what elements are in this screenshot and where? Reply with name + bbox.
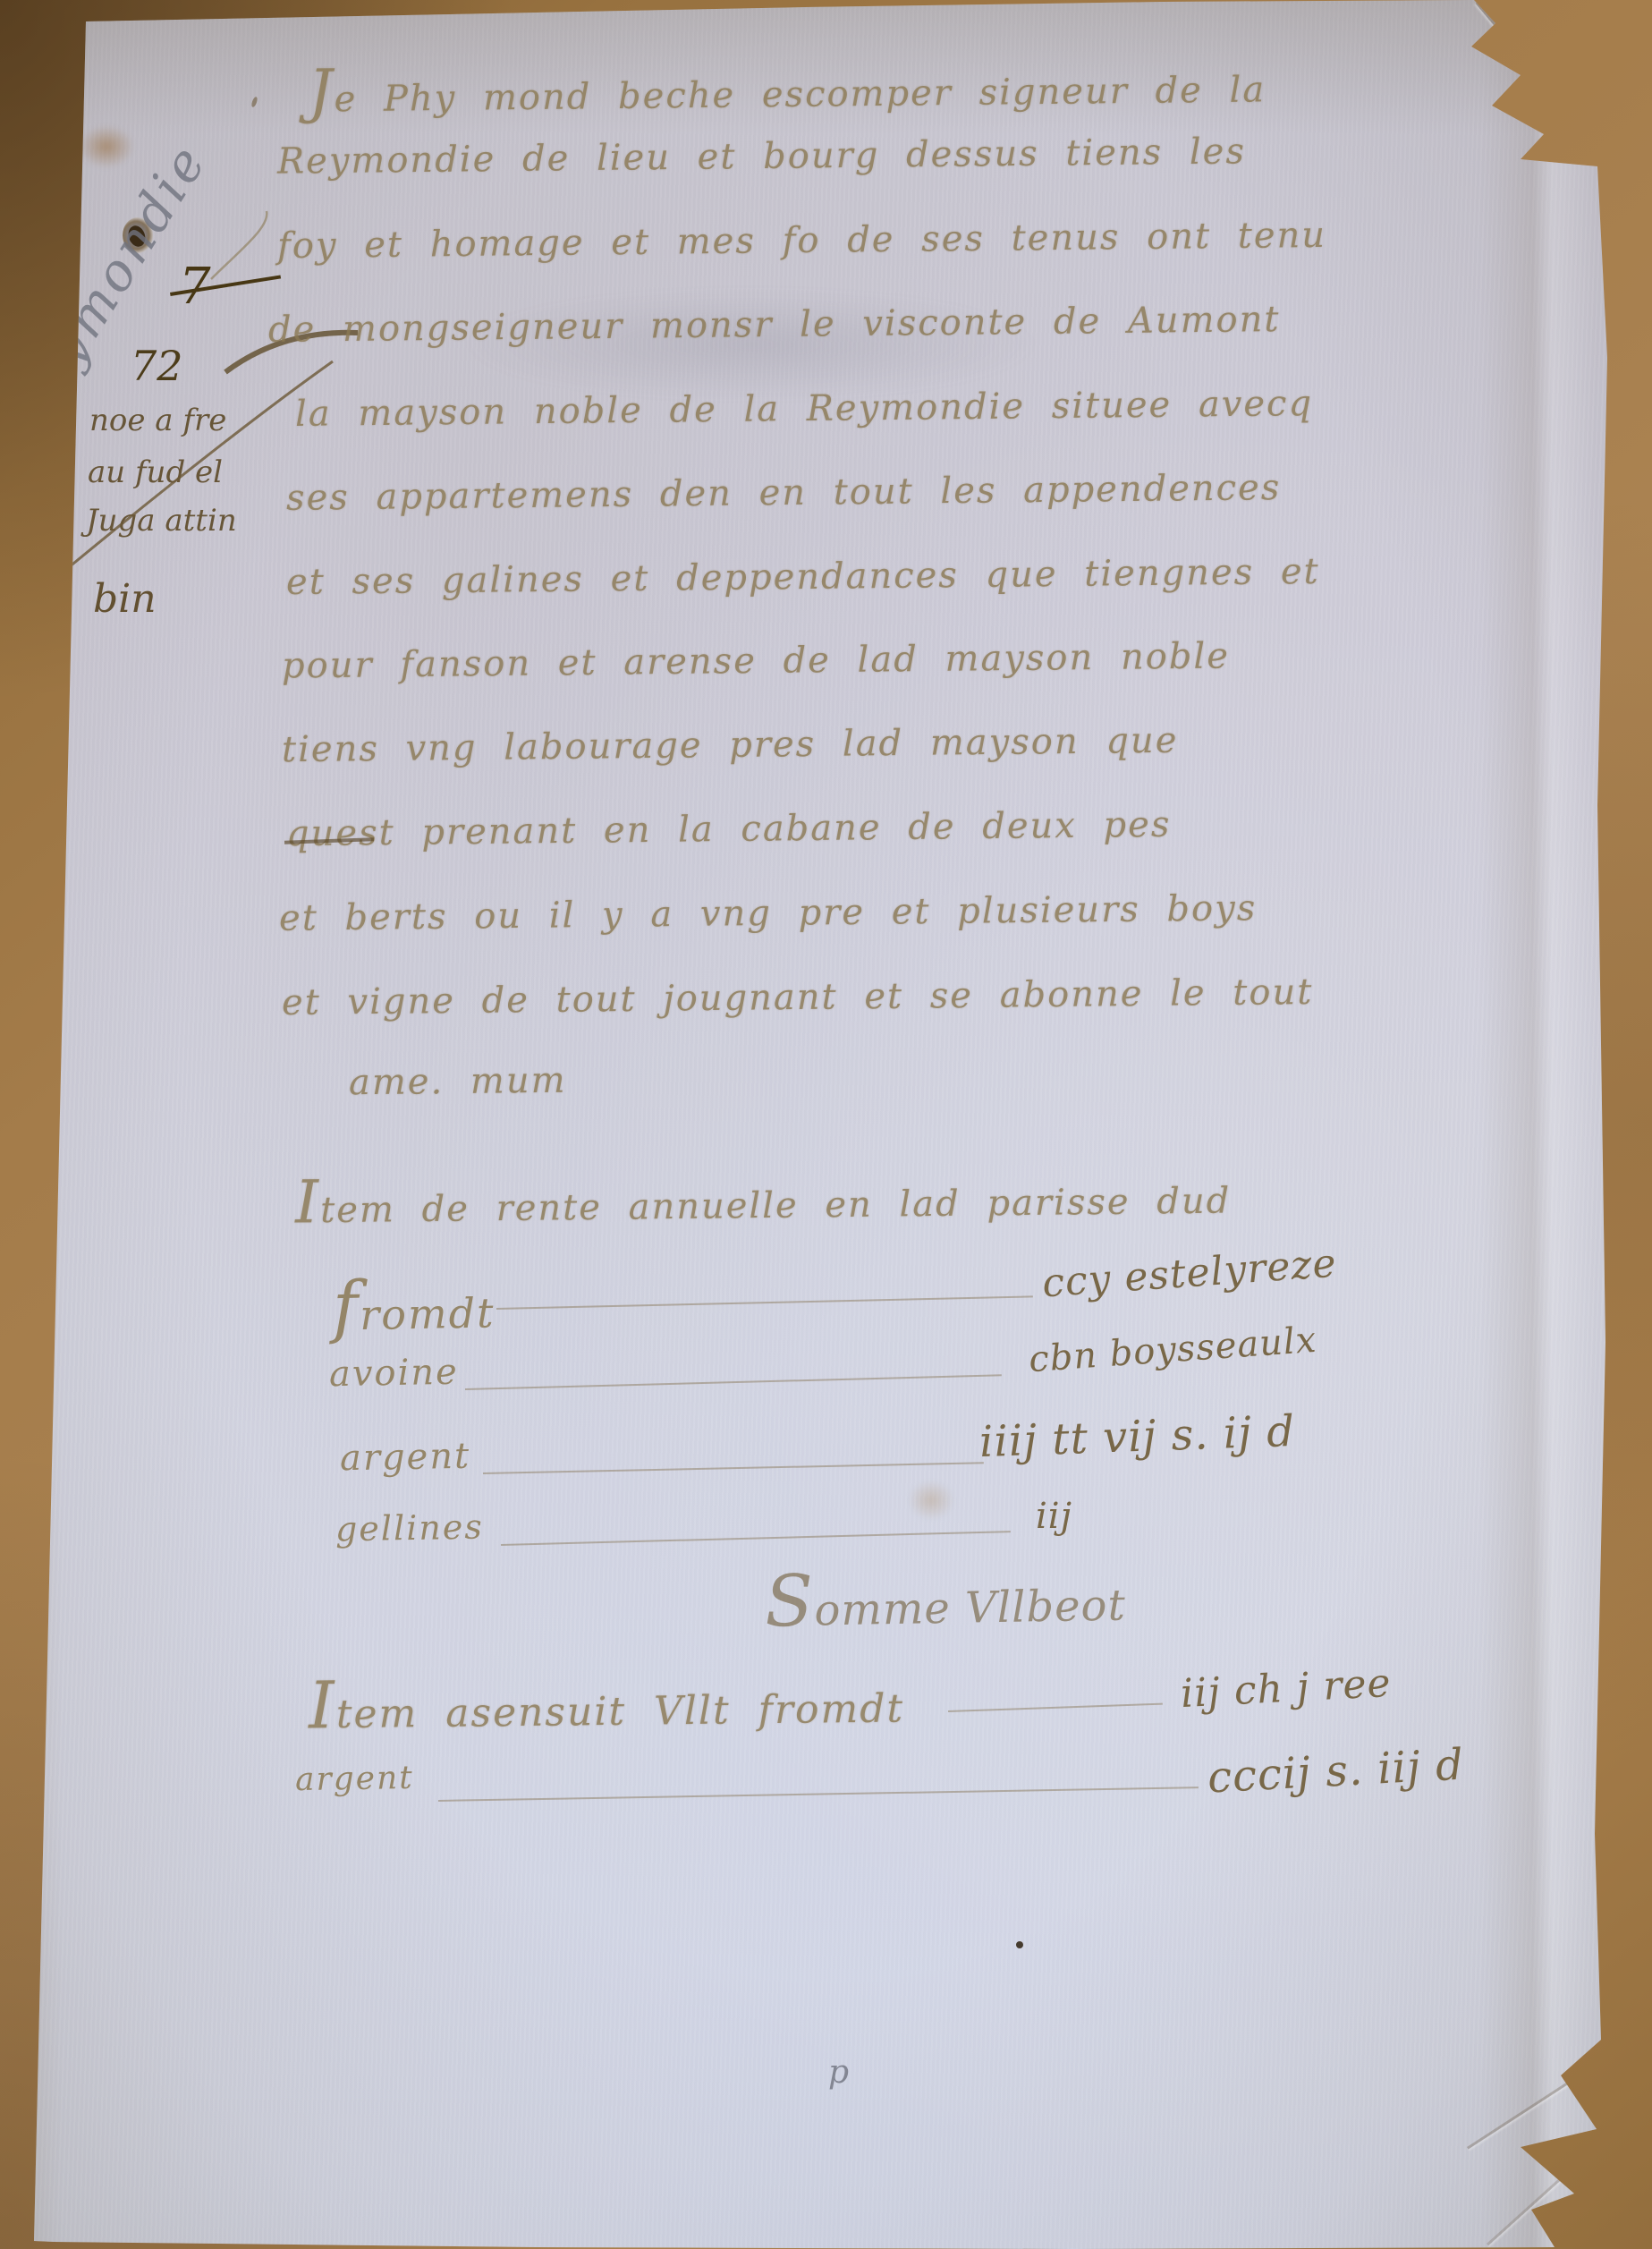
margin-note-1: noe a fre (89, 403, 226, 438)
manuscript-line: foy et homage et mes fo de ses tenus ont… (277, 215, 1326, 267)
ink-speck (1016, 1941, 1023, 1948)
account-row-value: iiij tt vij s. ij d (978, 1406, 1296, 1467)
leader-line (948, 1703, 1163, 1712)
account-row-label: argent (340, 1436, 471, 1480)
corner-crease (1519, 11, 1605, 116)
manuscript-page: Reymondie p 7 72 noe a fre au fud el Jug… (0, 0, 1652, 2249)
manuscript-line: et ses galines et deppendances que tieng… (286, 551, 1320, 603)
stain (79, 125, 134, 168)
leader-line (438, 1786, 1199, 1802)
margin-note-4: bin (93, 576, 157, 622)
leader-line (496, 1295, 1033, 1310)
account-row-label: avoine (329, 1352, 460, 1396)
right-fold-crease (1480, 0, 1597, 2249)
page-mark: p (828, 2054, 849, 2091)
account-item2: Item asensuit Vllt fromdt (309, 1663, 905, 1744)
account-row-value: cccij s. iij d (1207, 1740, 1465, 1803)
leader-line (501, 1531, 1011, 1546)
manuscript-line: de mongseigneur monsr le visconte de Aum… (268, 299, 1281, 351)
manuscript-line: pour fanson et arense de lad mayson nobl… (282, 635, 1230, 686)
leader-line (483, 1462, 984, 1474)
photo-background: Reymondie p 7 72 noe a fre au fud el Jug… (0, 0, 1652, 2249)
account-intro: Item de rente annuelle en lad parisse du… (295, 1158, 1232, 1237)
manuscript-line: ses appartemens den en tout les appenden… (286, 467, 1282, 519)
account-total: Somme Vllbeot (764, 1553, 1126, 1642)
account-row-value: cbn boysseaulx (1028, 1320, 1318, 1380)
account-row-value: iij (1036, 1496, 1072, 1537)
margin-mark-number: 72 (131, 342, 183, 390)
account-row-value: ccy estelyreze (1041, 1241, 1338, 1307)
manuscript-line: et berts ou il y a vng pre et plusieurs … (279, 887, 1258, 938)
account-row-label: fromdt (332, 1264, 496, 1345)
manuscript-line: quest prenant en la cabane de deux pes (286, 804, 1172, 854)
account-row-label: gellines (335, 1507, 484, 1549)
manuscript-line: la mayson noble de la Reymondie situee a… (295, 383, 1313, 435)
margin-note-3: Juga attin (86, 503, 237, 539)
ink-speck (250, 97, 258, 108)
manuscript-line: et vigne de tout jougnant et se abonne l… (282, 972, 1314, 1023)
stain (908, 1481, 954, 1520)
account-item2-value: iij ch j ree (1180, 1660, 1393, 1717)
leader-line (465, 1374, 1002, 1390)
account-row-label: argent (295, 1760, 414, 1798)
manuscript-line: tiens vng labourage pres lad mayson que (282, 720, 1179, 770)
manuscript-line: Je Phy mond beche escomper signeur de la (309, 47, 1267, 125)
manuscript-line: ame. mum (349, 1060, 567, 1104)
margin-note-2: au fud el (88, 454, 223, 490)
manuscript-line: Reymondie de lieu et bourg dessus tiens … (277, 131, 1246, 182)
